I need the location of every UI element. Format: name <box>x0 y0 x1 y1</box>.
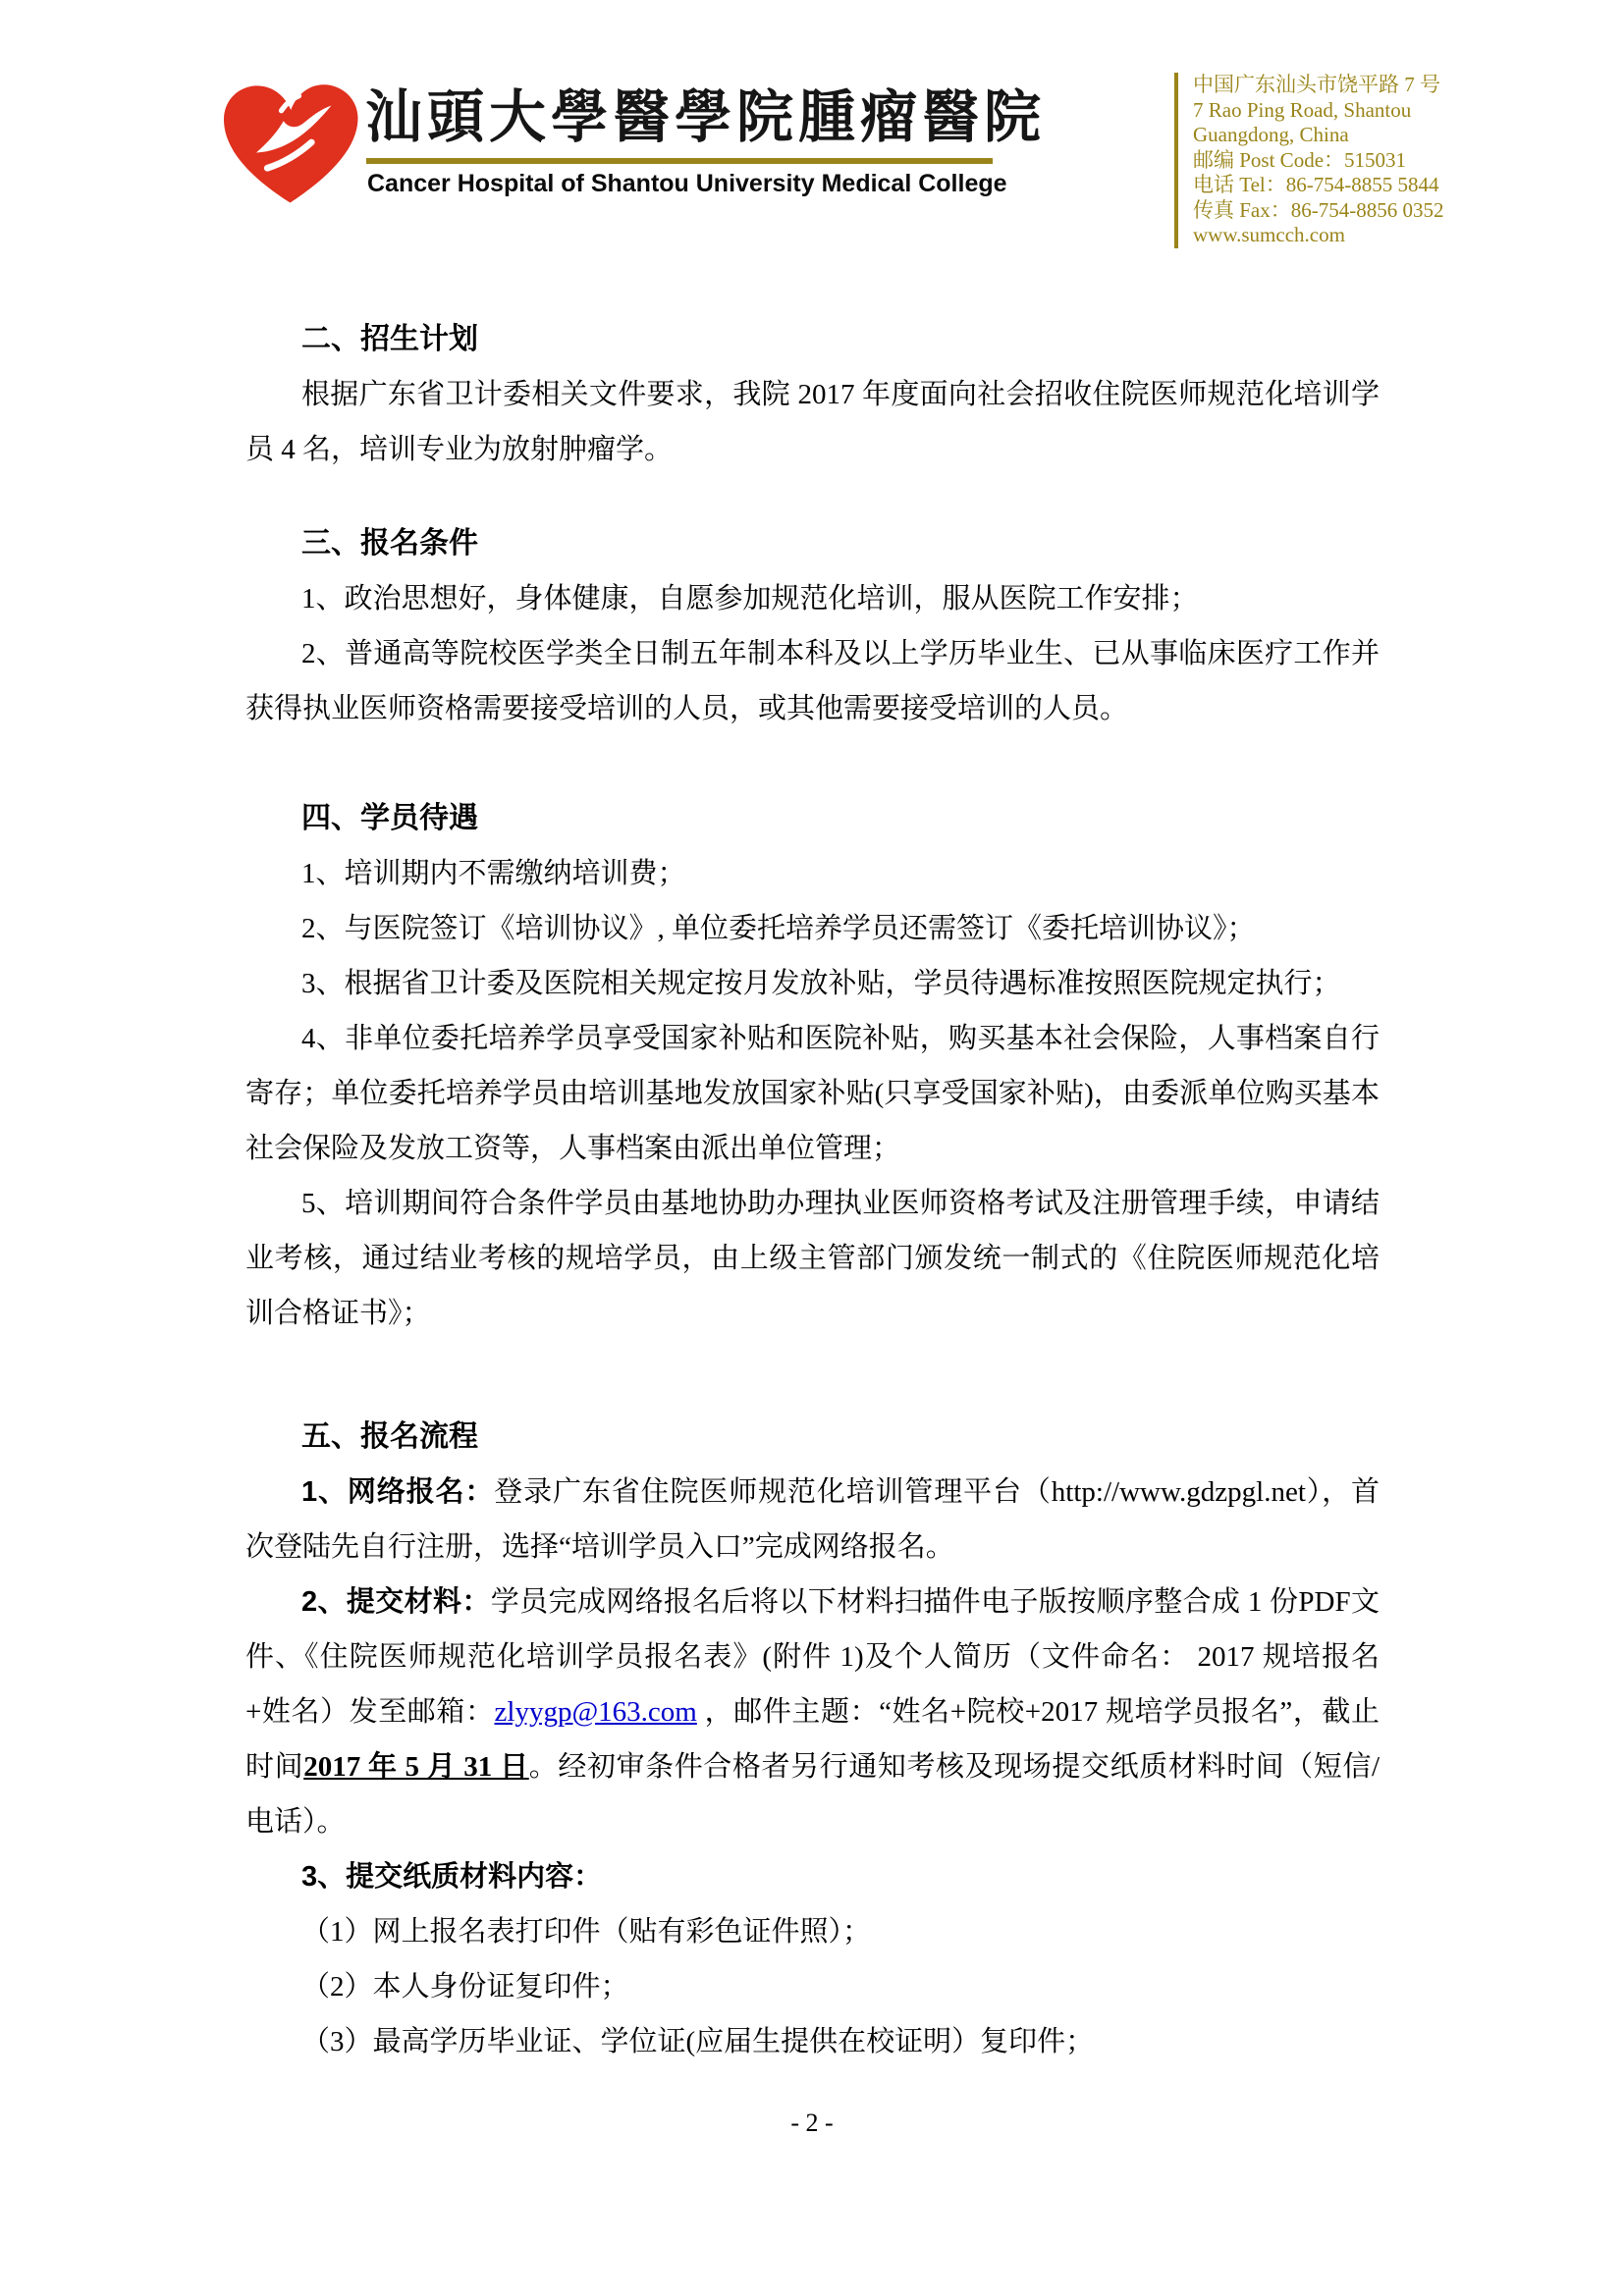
section-heading-trainee-benefits: 四、学员待遇 <box>245 791 1380 846</box>
paragraph-benefit-3: 3、根据省卫计委及医院相关规定按月发放补贴，学员待遇标准按照医院规定执行； <box>245 956 1380 1011</box>
paragraph-paper-materials-heading: 3、提交纸质材料内容： <box>245 1849 1380 1904</box>
contact-fax: 传真 Fax：86-754-8856 0352 <box>1193 198 1517 224</box>
contact-block: 中国广东汕头市饶平路 7 号 7 Rao Ping Road, Shantou … <box>1174 73 1517 248</box>
section-heading-application-process: 五、报名流程 <box>245 1410 1380 1465</box>
deadline-date: 2017 年 5 月 31 日 <box>303 1751 529 1783</box>
paragraph-benefit-5: 5、培训期间符合条件学员由基地协助办理执业医师资格考试及注册管理手续，申请结业考… <box>245 1176 1380 1341</box>
document-body: 二、招生计划 根据广东省卫计委相关文件要求，我院 2017 年度面向社会招收住院… <box>245 312 1380 2069</box>
paragraph-requirement-2: 2、普通高等院校医学类全日制五年制本科及以上学历毕业生、已从事临床医疗工作并获得… <box>245 626 1380 736</box>
contact-address-en2: Guangdong, China <box>1193 123 1517 148</box>
hospital-name-zh: 汕頭大學醫學院腫瘤醫院 <box>365 82 1003 153</box>
paragraph-benefit-2: 2、与医院签订《培训协议》, 单位委托培养学员还需签订《委托培训协议》； <box>245 901 1380 956</box>
paper-materials-label: 3、提交纸质材料内容： <box>301 1861 602 1893</box>
document-page: 汕頭大學醫學院腫瘤醫院 Cancer Hospital of Shantou U… <box>0 0 1624 2296</box>
contact-postcode: 邮编 Post Code：515031 <box>1193 148 1517 174</box>
contact-address-en1: 7 Rao Ping Road, Shantou <box>1193 98 1517 124</box>
contact-address-zh: 中国广东汕头市饶平路 7 号 <box>1193 73 1517 98</box>
email-link[interactable]: zlyygp@163.com <box>495 1696 697 1728</box>
page-number: - 2 - <box>0 2109 1624 2138</box>
paragraph-submit-materials: 2、提交材料：学员完成网络报名后将以下材料扫描件电子版按顺序整合成 1 份PDF… <box>245 1575 1380 1849</box>
paragraph-enrollment-plan: 根据广东省卫计委相关文件要求，我院 2017 年度面向社会招收住院医师规范化培训… <box>245 367 1380 477</box>
paragraph-paper-material-1: （1）网上报名表打印件（贴有彩色证件照）； <box>245 1904 1380 1959</box>
section-heading-enrollment-plan: 二、招生计划 <box>245 312 1380 367</box>
contact-tel: 电话 Tel：86-754-8855 5844 <box>1193 173 1517 198</box>
paragraph-online-registration: 1、网络报名：登录广东省住院医师规范化培训管理平台（http://www.gdz… <box>245 1465 1380 1575</box>
paragraph-requirement-1: 1、政治思想好，身体健康，自愿参加规范化培训，服从医院工作安排； <box>245 571 1380 626</box>
submit-materials-label: 2、提交材料： <box>301 1586 491 1618</box>
paragraph-paper-material-3: （3）最高学历毕业证、学位证(应届生提供在校证明）复印件； <box>245 2014 1380 2069</box>
hospital-name-en: Cancer Hospital of Shantou University Me… <box>367 169 1015 198</box>
section-heading-application-requirements: 三、报名条件 <box>245 516 1380 571</box>
contact-website: www.sumcch.com <box>1193 223 1517 248</box>
paragraph-paper-material-2: （2）本人身份证复印件； <box>245 1959 1380 2014</box>
paragraph-benefit-4: 4、非单位委托培养学员享受国家补贴和医院补贴，购买基本社会保险，人事档案自行寄存… <box>245 1011 1380 1176</box>
hospital-logo-heart-icon <box>218 75 365 210</box>
online-registration-label: 1、网络报名： <box>301 1476 494 1508</box>
gold-divider-rule <box>366 158 993 164</box>
paragraph-benefit-1: 1、培训期内不需缴纳培训费； <box>245 846 1380 901</box>
